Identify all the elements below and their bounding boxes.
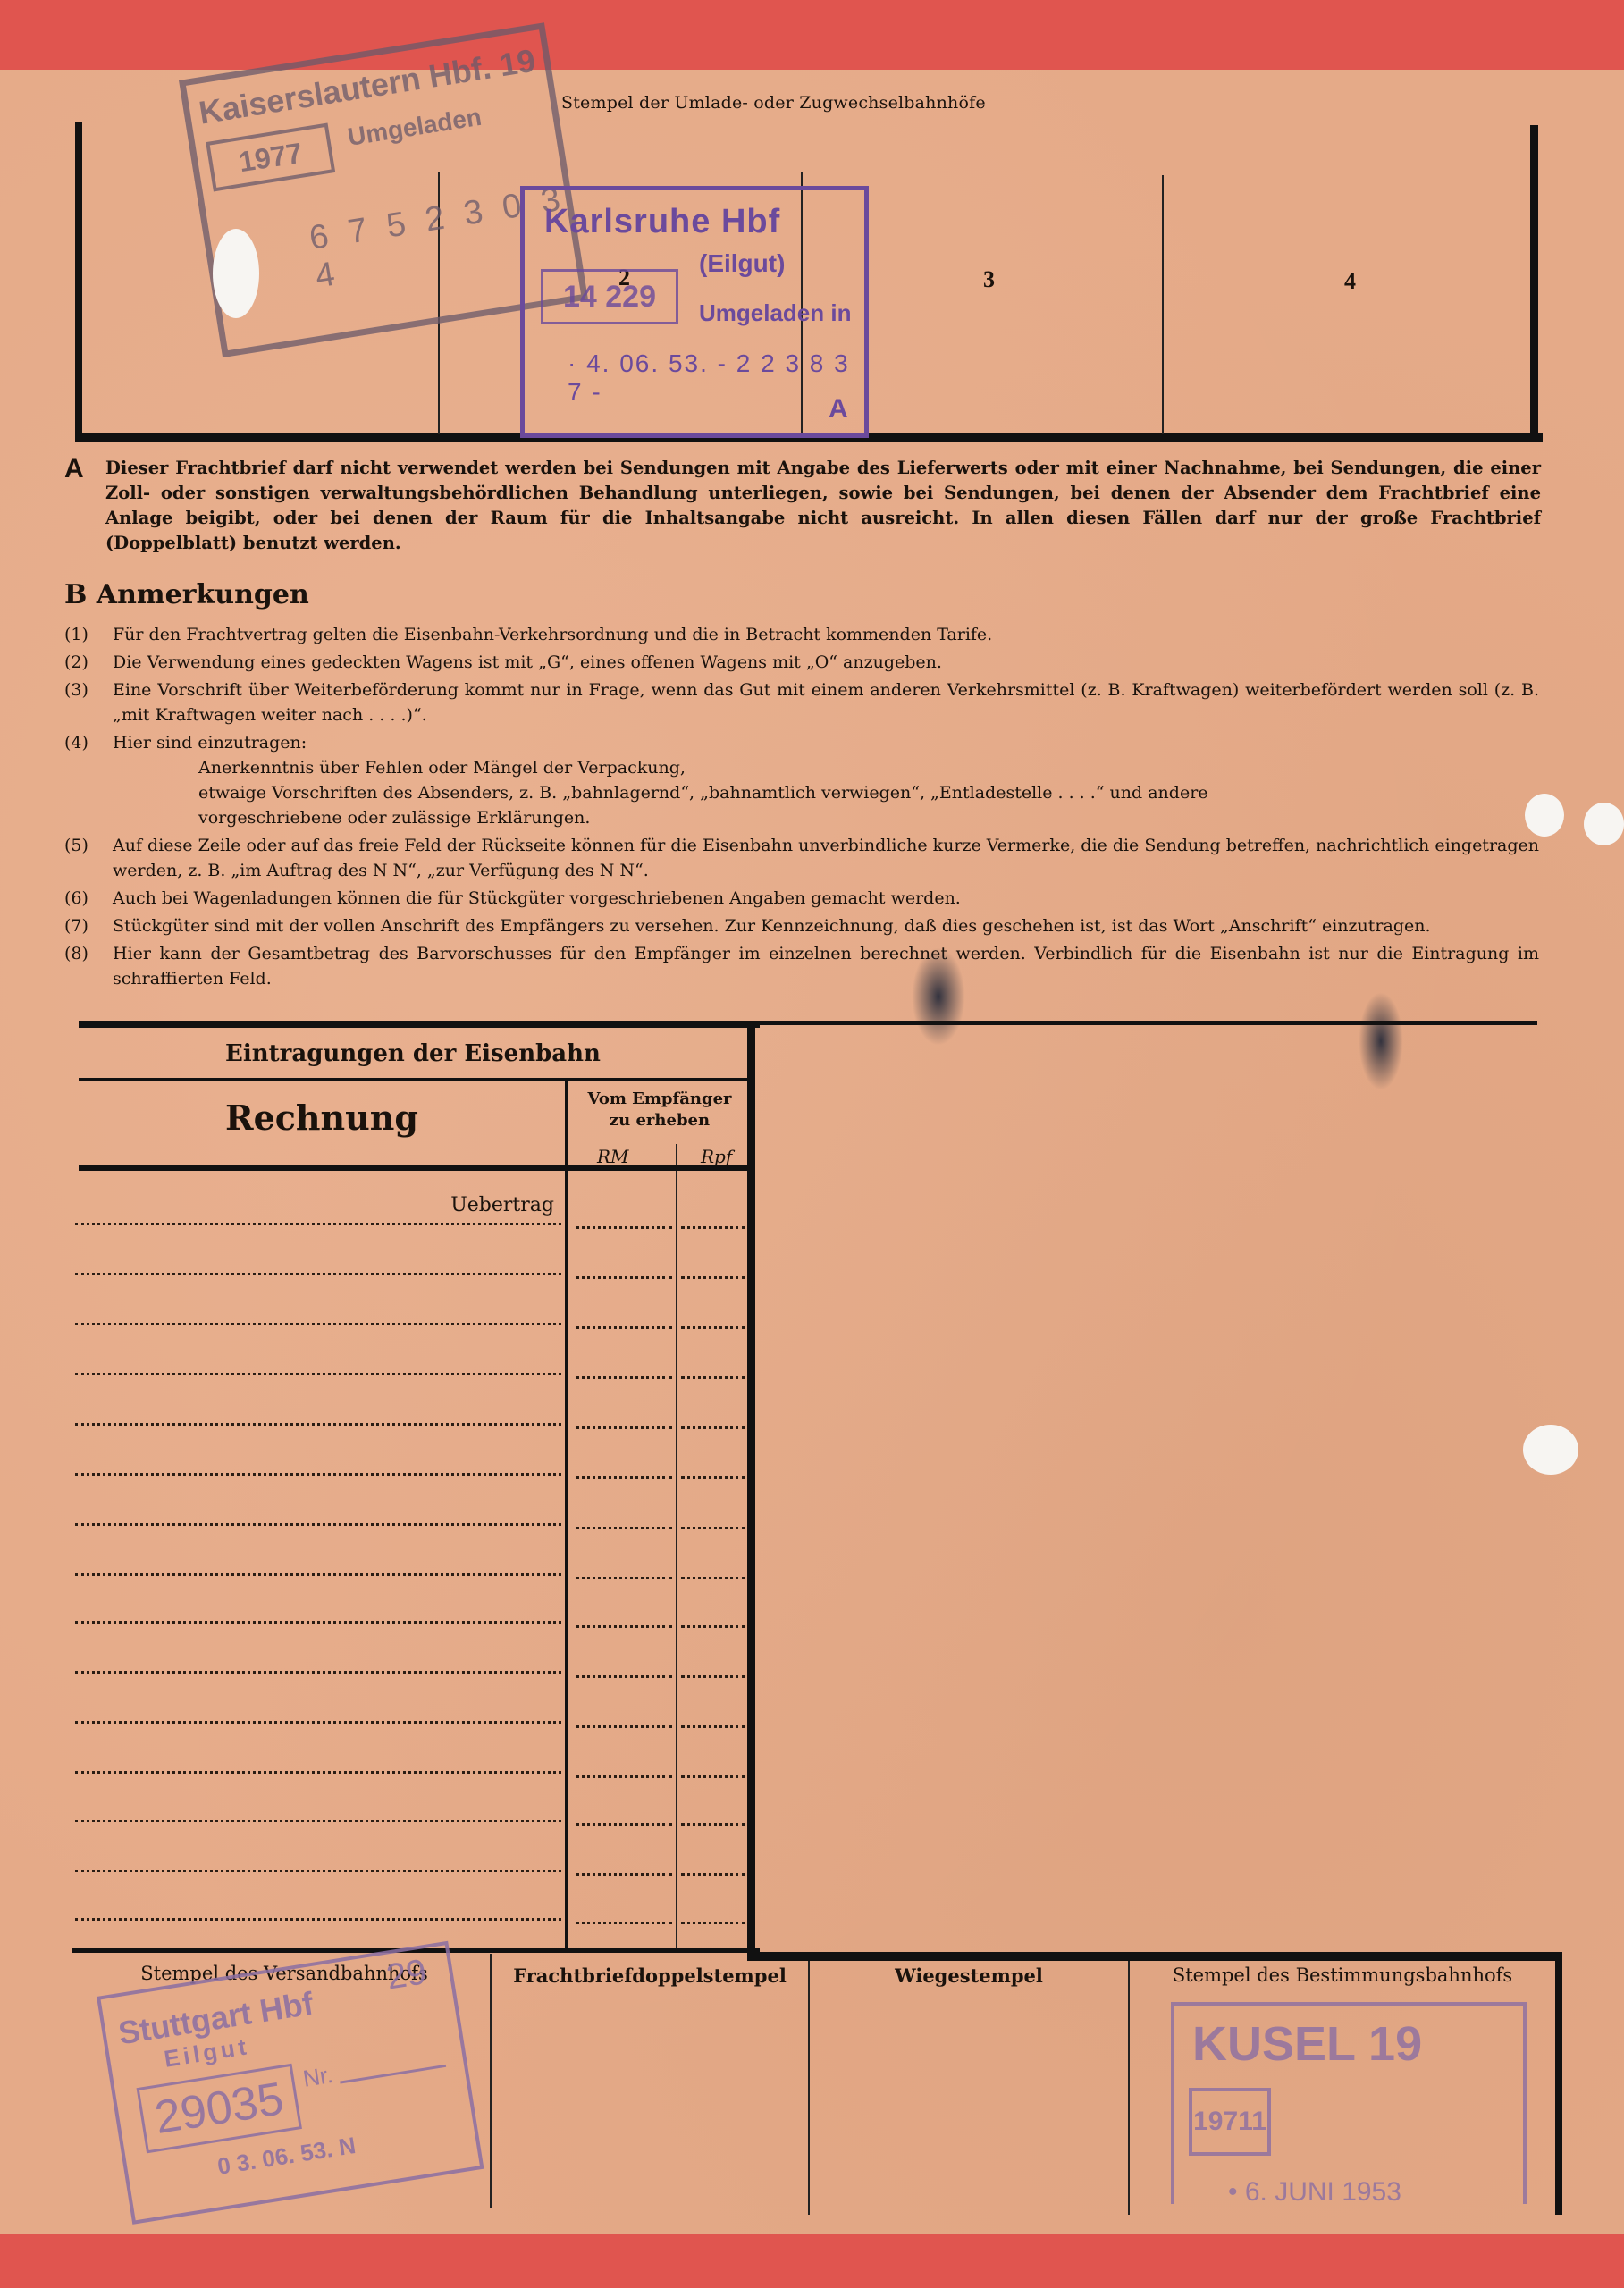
- rm-cell-line[interactable]: [576, 1426, 672, 1429]
- note-item: (8) Hier kann der Gesamtbetrag des Barvo…: [64, 941, 1539, 991]
- transfer-box-right-border: [1530, 125, 1538, 442]
- note-item: (2) Die Verwendung eines gedeckten Wagen…: [64, 650, 1539, 675]
- note-number: (7): [64, 913, 113, 938]
- rm-cell-line[interactable]: [576, 1725, 672, 1728]
- stamp-box-number: 1977: [206, 123, 335, 192]
- note-number: (1): [64, 622, 113, 647]
- note-number: (2): [64, 650, 113, 675]
- carryover-label: Uebertrag: [375, 1194, 554, 1216]
- rpf-cell-line[interactable]: [681, 1577, 745, 1579]
- column-divider-3: [1162, 175, 1164, 434]
- note-text: Auf diese Zeile oder auf das freie Feld …: [113, 833, 1539, 883]
- title-divider: [79, 1078, 747, 1081]
- stamp-station-name: Karlsruhe Hbf: [544, 203, 780, 241]
- section-a-text: Dieser Frachtbrief darf nicht verwendet …: [105, 456, 1541, 556]
- note-item: (4) Hier sind einzutragen: Anerkenntnis …: [64, 730, 1539, 830]
- note-item: (5) Auf diese Zeile oder auf das freie F…: [64, 833, 1539, 883]
- stamp-letter: A: [829, 394, 848, 425]
- rpf-cell-line[interactable]: [681, 1476, 745, 1479]
- rm-rpf-divider: [676, 1144, 677, 1953]
- invoice-row-line[interactable]: [75, 1223, 561, 1225]
- stamp-subtitle: (Eilgut): [699, 249, 785, 278]
- amount-column-divider: [565, 1081, 568, 1953]
- rpf-cell-line[interactable]: [681, 1326, 745, 1329]
- stamp-divider-2: [808, 1961, 810, 2215]
- rm-cell-line[interactable]: [576, 1823, 672, 1826]
- stamp-box-number: 14 229: [541, 269, 678, 324]
- stamp-umgeladen-in: Umgeladen in: [699, 299, 851, 327]
- note-item: (6) Auch bei Wagenladungen können die fü…: [64, 886, 1539, 911]
- stamp-nr-label: Nr.: [301, 2061, 335, 2093]
- section-b-title: B Anmerkungen: [64, 579, 309, 610]
- rpf-cell-line[interactable]: [681, 1527, 745, 1529]
- rm-cell-line[interactable]: [576, 1873, 672, 1876]
- collect-header-line2: zu erheben: [572, 1110, 747, 1131]
- stamp-date: • 6. JUNI 1953: [1228, 2177, 1401, 2208]
- field-label-weighing: Wiegestempel: [810, 1964, 1128, 1987]
- note-item: (7) Stückgüter sind mit der vollen Ansch…: [64, 913, 1539, 938]
- rpf-cell-line[interactable]: [681, 1725, 745, 1728]
- field-label-destination: Stempel des Bestimmungsbahnhofs: [1130, 1964, 1555, 1986]
- entries-right-border: [747, 1021, 755, 1955]
- note-text: Eine Vorschrift über Weiterbeförderung k…: [113, 677, 1539, 728]
- note-sub-item: Anerkenntnis über Fehlen oder Mängel der…: [113, 755, 1539, 780]
- invoice-row-line[interactable]: [75, 1273, 561, 1275]
- note-number: (3): [64, 677, 113, 728]
- transfer-box-left-border: [75, 122, 82, 440]
- column-number-3: 3: [983, 266, 995, 293]
- note-text: Die Verwendung eines gedeckten Wagens is…: [113, 650, 1539, 675]
- header-bottom-border: [79, 1165, 747, 1171]
- rm-cell-line[interactable]: [576, 1326, 672, 1329]
- column-number-4: 4: [1344, 268, 1356, 295]
- punch-hole: [213, 229, 259, 318]
- rm-cell-line[interactable]: [576, 1376, 672, 1379]
- red-border-top: [0, 0, 1624, 70]
- red-border-bottom: [0, 2234, 1624, 2288]
- rm-cell-line[interactable]: [576, 1577, 672, 1579]
- invoice-row-line[interactable]: [75, 1820, 561, 1822]
- note-text: Hier kann der Gesamtbetrag des Barvorsch…: [113, 941, 1539, 991]
- rpf-cell-line[interactable]: [681, 1376, 745, 1379]
- currency-rpf: Rpf: [701, 1146, 732, 1167]
- right-panel-top-border: [760, 1021, 1537, 1025]
- note-number: (6): [64, 886, 113, 911]
- stamp-divider-3: [1128, 1961, 1130, 2215]
- rpf-cell-line[interactable]: [681, 1675, 745, 1678]
- notes-list: (1) Für den Frachtvertrag gelten die Eis…: [64, 622, 1539, 991]
- invoice-row-line[interactable]: [75, 1323, 561, 1325]
- section-a-letter: A: [64, 454, 84, 484]
- stamp-divider-1: [490, 1954, 492, 2208]
- collect-header: Vom Empfänger zu erheben: [572, 1089, 747, 1131]
- invoice-row-line[interactable]: [75, 1373, 561, 1375]
- rpf-cell-line[interactable]: [681, 1625, 745, 1628]
- note-item: (3) Eine Vorschrift über Weiterbeförderu…: [64, 677, 1539, 728]
- invoice-row-line[interactable]: [75, 1671, 561, 1674]
- transfer-stamp-karlsruhe: Karlsruhe Hbf (Eilgut) 14 229 Umgeladen …: [520, 186, 869, 438]
- stamp-nr-line: [340, 2065, 446, 2084]
- rm-cell-line[interactable]: [576, 1226, 672, 1229]
- currency-rm: RM: [597, 1146, 629, 1167]
- note-text: Für den Frachtvertrag gelten die Eisenba…: [113, 622, 1539, 647]
- rm-cell-line[interactable]: [576, 1476, 672, 1479]
- note-item: (1) Für den Frachtvertrag gelten die Eis…: [64, 622, 1539, 647]
- railway-entries-title: Eintragungen der Eisenbahn: [79, 1040, 747, 1067]
- rpf-cell-line[interactable]: [681, 1775, 745, 1778]
- invoice-row-line[interactable]: [75, 1473, 561, 1476]
- invoice-row-line[interactable]: [75, 1621, 561, 1624]
- field-label-duplicate: Frachtbriefdoppelstempel: [492, 1964, 808, 1987]
- invoice-row-line[interactable]: [75, 1870, 561, 1872]
- stamp-umgeladen: Umgeladen: [346, 103, 484, 152]
- bottom-row-top-border-right: [747, 1952, 1562, 1961]
- waybill-page: Stempel der Umlade- oder Zugwechselbahnh…: [0, 0, 1624, 2288]
- note-sub-item: etwaige Vorschriften des Absenders, z. B…: [113, 780, 1539, 805]
- note-text: Auch bei Wagenladungen können die für St…: [113, 886, 1539, 911]
- rpf-cell-line[interactable]: [681, 1426, 745, 1429]
- rpf-cell-line[interactable]: [681, 1276, 745, 1279]
- transfer-stations-title: Stempel der Umlade- oder Zugwechselbahnh…: [561, 93, 986, 113]
- rpf-cell-line[interactable]: [681, 1823, 745, 1826]
- invoice-row-line[interactable]: [75, 1573, 561, 1576]
- invoice-row-line[interactable]: [75, 1918, 561, 1921]
- stamp-date-line: · 4. 06. 53. - 2 2 3 8 3 7 -: [568, 349, 864, 407]
- punch-hole: [1584, 803, 1624, 845]
- rm-cell-line[interactable]: [576, 1625, 672, 1628]
- note-number: (5): [64, 833, 113, 883]
- invoice-row-line[interactable]: [75, 1423, 561, 1426]
- invoice-label: Rechnung: [79, 1098, 565, 1138]
- note-number: (8): [64, 941, 113, 991]
- bottom-row-right-border: [1555, 1956, 1562, 2215]
- stamp-box-number: 19711: [1189, 2088, 1271, 2156]
- rm-cell-line[interactable]: [576, 1675, 672, 1678]
- rpf-cell-line[interactable]: [681, 1873, 745, 1876]
- rpf-cell-line[interactable]: [681, 1226, 745, 1229]
- stamp-box-number: 29035: [137, 2064, 302, 2154]
- rm-cell-line[interactable]: [576, 1775, 672, 1778]
- invoice-row-line[interactable]: [75, 1523, 561, 1526]
- note-text: Hier sind einzutragen: Anerkenntnis über…: [113, 730, 1539, 830]
- rm-cell-line[interactable]: [576, 1527, 672, 1529]
- free-notes-field[interactable]: [756, 1026, 1534, 1948]
- note-text: Stückgüter sind mit der vollen Anschrift…: [113, 913, 1539, 938]
- note-number: (4): [64, 730, 113, 830]
- entries-top-border: [79, 1021, 760, 1028]
- note-sub-item: vorgeschriebene oder zulässige Erklärung…: [113, 805, 1539, 830]
- rpf-cell-line[interactable]: [681, 1922, 745, 1924]
- note-heading: Hier sind einzutragen:: [113, 733, 307, 753]
- rm-cell-line[interactable]: [576, 1922, 672, 1924]
- stamp-number-top: 29: [383, 1952, 429, 1998]
- stamp-station-name: KUSEL 19: [1192, 2016, 1422, 2072]
- invoice-row-line[interactable]: [75, 1771, 561, 1774]
- invoice-row-line[interactable]: [75, 1721, 561, 1724]
- destination-stamp-kusel: KUSEL 19 19711 • 6. JUNI 1953: [1171, 2002, 1527, 2204]
- rm-cell-line[interactable]: [576, 1276, 672, 1279]
- collect-header-line1: Vom Empfänger: [572, 1089, 747, 1110]
